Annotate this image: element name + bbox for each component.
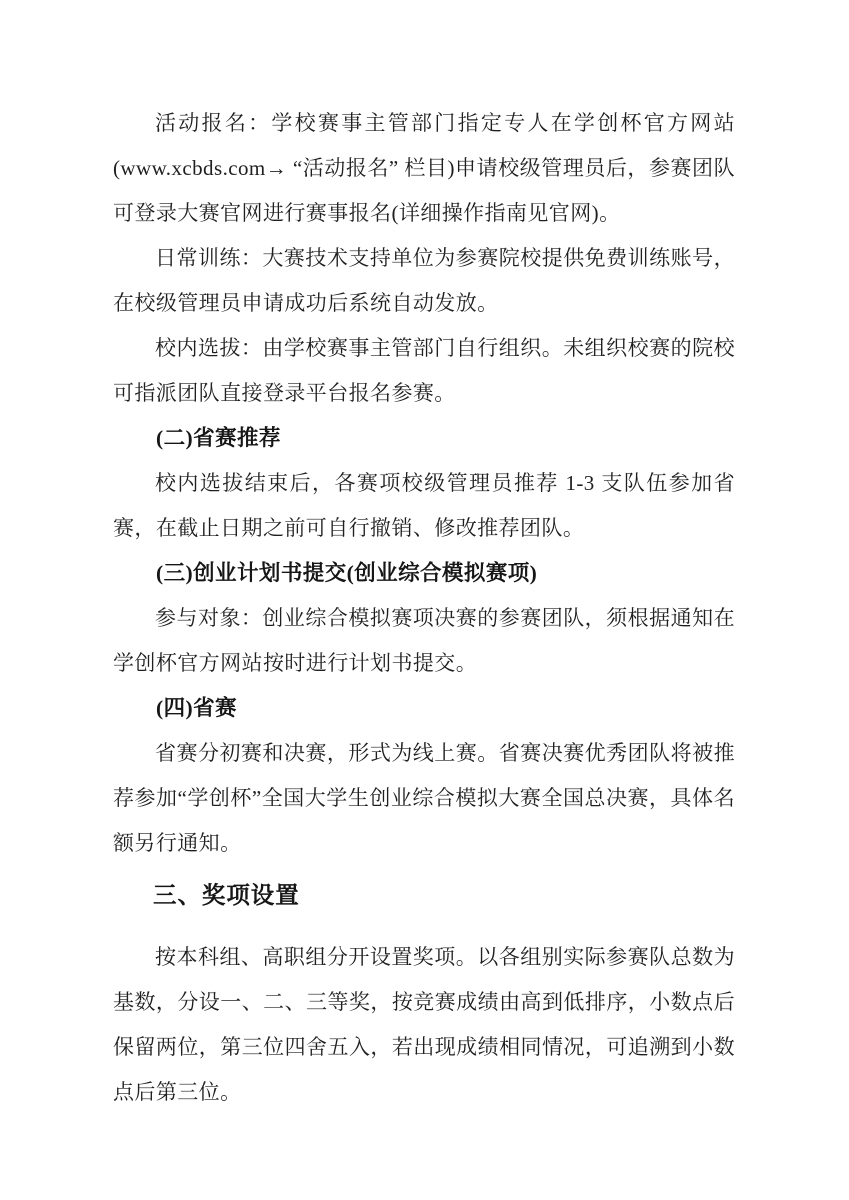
section-heading-provincial-recommendation: (二)省赛推荐 — [113, 416, 735, 461]
section-heading-provincial-contest: (四)省赛 — [113, 686, 735, 731]
paragraph-activity-registration: 活动报名：学校赛事主管部门指定专人在学创杯官方网站(www.xcbds.com→… — [113, 101, 735, 236]
section-heading-business-plan-submission: (三)创业计划书提交(创业综合模拟赛项) — [113, 551, 735, 596]
paragraph-provincial-contest: 省赛分初赛和决赛，形式为线上赛。省赛决赛优秀团队将被推荐参加“学创杯”全国大学生… — [113, 731, 735, 866]
paragraph-business-plan-submission: 参与对象：创业综合模拟赛项决赛的参赛团队，须根据通知在学创杯官方网站按时进行计划… — [113, 596, 735, 686]
paragraph-provincial-recommendation: 校内选拔结束后，各赛项校级管理员推荐 1-3 支队伍参加省赛，在截止日期之前可自… — [113, 461, 735, 551]
paragraph-campus-selection: 校内选拔：由学校赛事主管部门自行组织。未组织校赛的院校可指派团队直接登录平台报名… — [113, 326, 735, 416]
document-page: 活动报名：学校赛事主管部门指定专人在学创杯官方网站(www.xcbds.com→… — [0, 0, 849, 1200]
chapter-heading-awards: 三、奖项设置 — [113, 874, 735, 919]
document-body: 活动报名：学校赛事主管部门指定专人在学创杯官方网站(www.xcbds.com→… — [113, 101, 735, 1115]
paragraph-awards: 按本科组、高职组分开设置奖项。以各组别实际参赛队总数为基数，分设一、二、三等奖，… — [113, 935, 735, 1115]
paragraph-daily-training: 日常训练：大赛技术支持单位为参赛院校提供免费训练账号，在校级管理员申请成功后系统… — [113, 236, 735, 326]
